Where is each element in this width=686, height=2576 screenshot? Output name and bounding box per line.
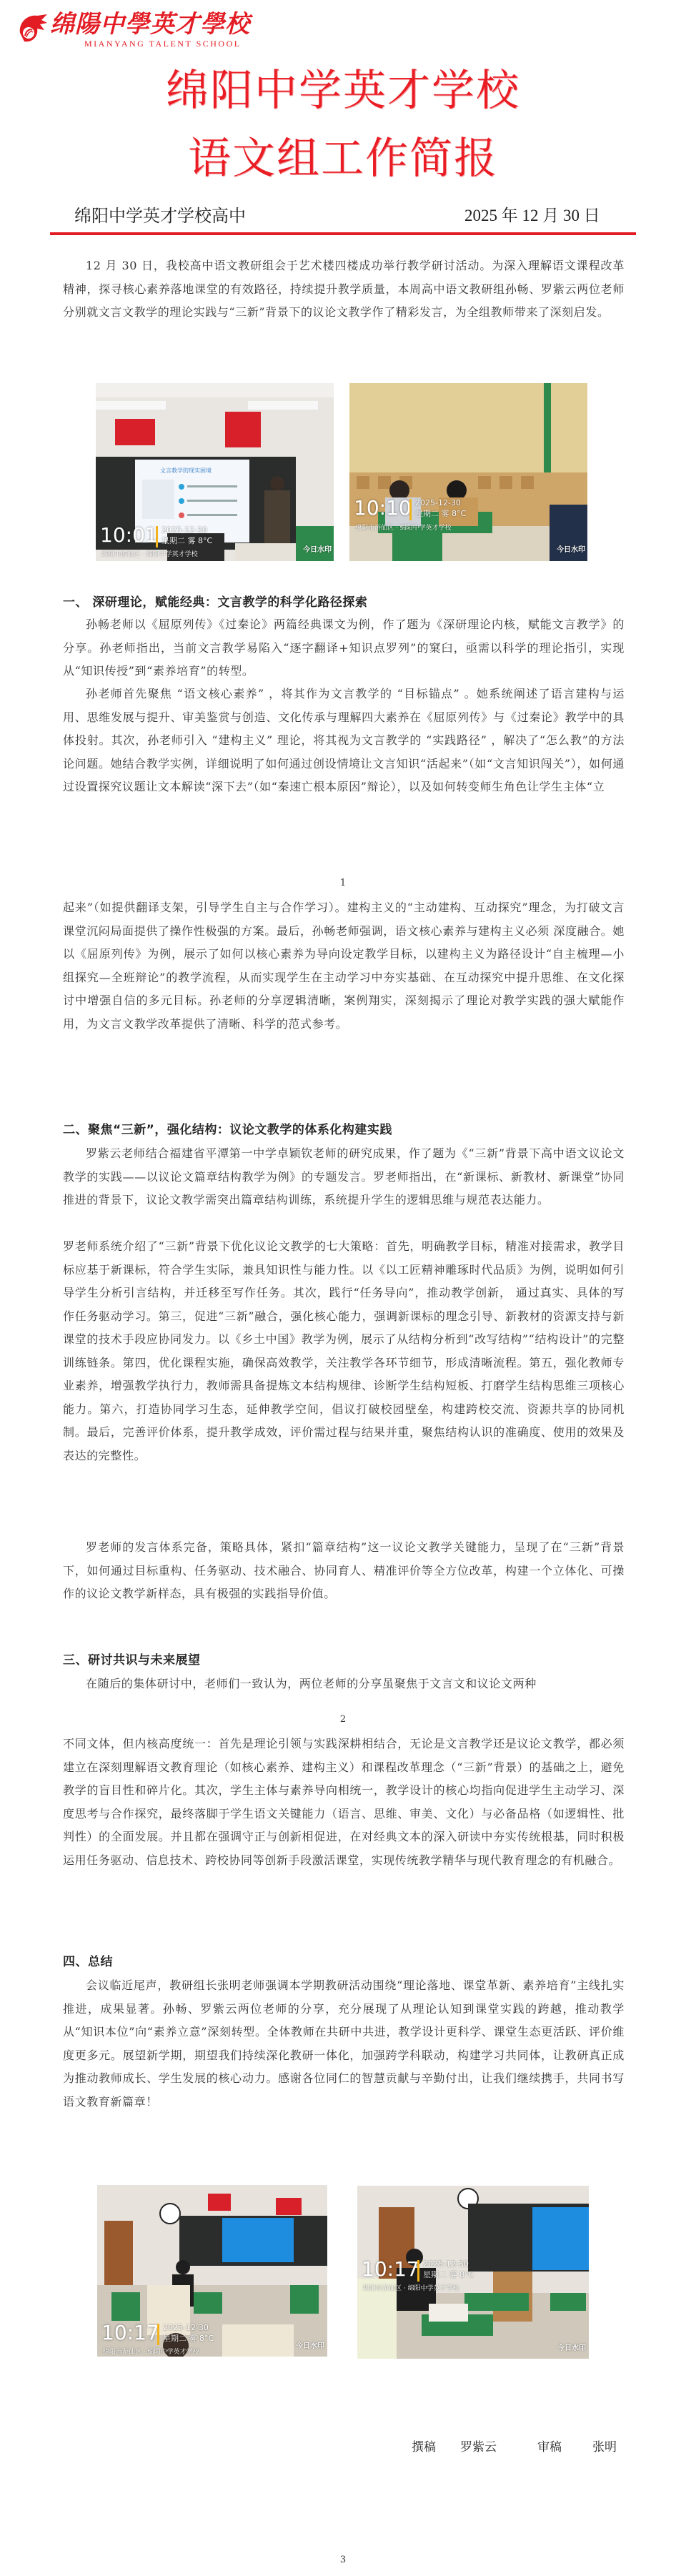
intro-paragraph: 12 月 30 日，我校高中语文教研组会于艺术楼四楼成功举行教学研讨活动。为深入…	[63, 254, 625, 325]
teachers-taking-notes-image	[349, 383, 587, 561]
section-heading-3: 三、研讨共识与未来展望	[63, 1650, 201, 1671]
photo-teachers-notes: 10:10 2025-12-30 星期二 雾 8°C 绵阳市游仙区 · 绵阳中学…	[349, 383, 587, 561]
section-heading-1: 一、 深研理论，赋能经典：文言教学的科学化路径探索	[63, 592, 367, 613]
issue-date: 2025 年 12 月 30 日	[464, 205, 600, 227]
header-divider	[50, 232, 636, 235]
svg-text:文言教学的现实困境: 文言教学的现实困境	[160, 467, 212, 474]
school-logo: 绵陽中學英才學校 MIANYANG TALENT SCHOOL	[10, 10, 253, 47]
section-1-paragraph-2: 孙老师首先聚焦 “语文核心素养” ，将其作为文言教学的 “目标锚点” 。她系统阐…	[63, 683, 625, 799]
section-2-paragraph-1: 罗紫云老师结合福建省平潭第一中学卓颖钦老师的研究成果，作了题为《“三新”背景下高…	[63, 1142, 625, 1212]
section-heading-4: 四、总结	[63, 1951, 113, 1973]
reviewer-name: 张明	[592, 2439, 617, 2456]
section-2-paragraph-2: 罗老师系统介绍了“三新”背景下优化议论文教学的七大策略：首先，明确教学目标，精准…	[63, 1235, 625, 1467]
page-number-3: 3	[0, 2555, 686, 2565]
section-3-paragraph-1: 在随后的集体研讨中，老师们一致认为，两位老师的分享虽聚焦于文言文和议论文两种	[63, 1673, 625, 1696]
writer-label: 撰稿	[412, 2439, 436, 2456]
page-number-2: 2	[0, 1714, 686, 1725]
school-title: 绵阳中学英才学校	[0, 66, 686, 116]
writer-name: 罗紫云	[460, 2439, 497, 2456]
logo-chinese-name: 绵陽中學英才學校	[50, 10, 250, 39]
bulletin-title: 语文组工作简报	[0, 134, 686, 184]
section-2-paragraph-3: 罗老师的发言体系完备，策略具体，紧扣“篇章结构”这一议论文教学关键能力，呈现了在…	[63, 1536, 625, 1606]
school-emblem-icon	[16, 11, 49, 44]
page-number-1: 1	[0, 878, 686, 888]
section-1-paragraph-1: 孙畅老师以《屈原列传》《过秦论》两篇经典课文为例，作了题为《深研理论内核，赋能文…	[63, 613, 625, 683]
photo-teacher-presenting: 文言教学的现实困境 10:01 2025-12-30 星期二 雾 8°C 绵阳市…	[96, 383, 334, 561]
section-1-paragraph-3: 起来”（如提供翻译支架，引导学生自主与合作学习）。建构主义的“主动建构、互动探究…	[63, 896, 625, 1036]
section-3-paragraph-2: 不同文体，但内核高度统一：首先是理论引领与实践深耕相结合，无论是文言教学还是议论…	[63, 1733, 625, 1872]
photo-teacher-discussion: 10:17 2025-12-30 星期二 雾 8°C 绵阳市游仙区 · 绵阳中学…	[97, 2185, 327, 2357]
photo-teacher-speaking: 10:17 2025-12-30 星期二 雾 8°C 绵阳市游仙区 · 绵阳中学…	[357, 2186, 589, 2359]
reviewer-label: 审稿	[537, 2439, 562, 2456]
logo-english-name: MIANYANG TALENT SCHOOL	[84, 39, 242, 49]
section-heading-2: 二、聚焦“三新”，强化结构：议论文教学的体系化构建实践	[63, 1119, 392, 1141]
section-4-paragraph-1: 会议临近尾声，教研组长张明老师强调本学期教研活动围绕“理论落地、课堂革新、素养培…	[63, 1974, 625, 2114]
issuing-unit: 绵阳中学英才学校高中	[74, 205, 246, 227]
